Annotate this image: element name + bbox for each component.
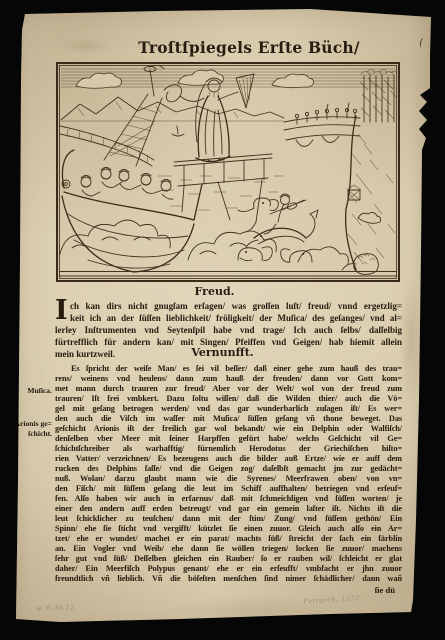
woodcut-illustration <box>56 62 400 282</box>
dolphin-rider-group <box>246 194 318 248</box>
pencil-annotation-left: w. 6.34.12 <box>36 602 75 612</box>
text-line: denſelben vber Meer mit ſeiner Harpffen … <box>55 434 402 444</box>
text-line: leut ſchicklicher zu teuſchen/ dann mit … <box>55 514 402 524</box>
manuscript-page: Troſtſpiegels Erſte Büch/ <box>0 0 445 640</box>
text-line: met mann durch trauren zur freud/ Aber v… <box>55 384 402 394</box>
text-line: fen. Alſo haben wir auch in erfarnus/ da… <box>55 494 402 504</box>
text-line: gel mit geſang betrogen werden/ vnd das … <box>55 404 402 414</box>
background-hills-group <box>61 97 284 136</box>
shore-forest-group <box>342 70 397 275</box>
section-heading-freud: Freud. <box>42 285 387 298</box>
sky-group <box>61 69 395 88</box>
text-line: rien Vatter/ verzeichnen/ Es bezeugens a… <box>55 454 402 464</box>
section-heading-vernunfft: Vernunfft. <box>50 346 395 359</box>
text-line: freundtlich vñ lieblich. Vñ die böſeſten… <box>55 574 402 584</box>
text-line: einer den andern auff erden betreugt/ vn… <box>55 504 402 514</box>
ink-mark <box>419 38 426 49</box>
margin-note-musica: Muſica. <box>2 386 52 395</box>
text-line: trauren/ Iſt frei vmbkert. Dazu ſoltu wi… <box>55 394 402 404</box>
photo-stage: Troſtſpiegels Erſte Büch/ <box>0 0 445 640</box>
text-line: rens/ weinens vnd heulens/ dann zum hauß… <box>55 374 402 384</box>
text-line: nuß. Wolan/ darzu glaubt mann wie die Sy… <box>55 474 402 484</box>
paper-stain <box>52 36 122 56</box>
text-line: den auch die Viſch im waſſer mit Muſica/… <box>55 414 402 424</box>
text-line: an. Ein Vogler vnd Weib/ ehe dann ſie wö… <box>55 544 402 554</box>
text-line: ſehr gut vnd ſüß/ Deſſelben gleichen ein… <box>55 554 402 564</box>
arion-ship-dolphin-woodcut <box>58 64 398 280</box>
text-line: daher/ Ein Meerfiſch Polypus genant/ ehe… <box>55 564 402 574</box>
text-line: lerley Inſtrumenten vnd Seytenſpil habe … <box>55 325 402 337</box>
text-line: ch kan dirs nicht gnugſam erſagen/ was g… <box>55 301 402 313</box>
page-title: Troſtſpiegels Erſte Büch/ <box>118 38 380 57</box>
text-line: geſchicht Arionis iſt der freilich gar w… <box>55 424 402 434</box>
paragraph-vernunfft: Es ſpricht der weiſe Man/ es ſei vil beſ… <box>55 364 402 584</box>
sea-group <box>60 176 348 264</box>
text-line: rucken des Delphins ſaſſe/ vnd die Geige… <box>55 464 402 474</box>
text-line: keit ich an der ſüſſen lieblichkeit/ frö… <box>55 313 402 325</box>
margin-note-arionis-line2: ſchicht. <box>2 429 52 438</box>
text-line: Spinn/ ehe ſie ſticht vnd vergifft/ kütz… <box>55 524 402 534</box>
bridge-group <box>284 103 360 147</box>
text-line: tzet/ ehe er wundet/ machet er ein parat… <box>55 534 402 544</box>
text-line: ſchichtſchreiber als warhafftig/ fürneml… <box>55 444 402 454</box>
margin-note-arionis-line1: Arionis ge= <box>2 419 52 428</box>
text-line: den Fiſch/ mit ſüſſem geſang die leut im… <box>55 484 402 494</box>
text-line: Es ſpricht der weiſe Man/ es ſei vil beſ… <box>55 364 402 374</box>
